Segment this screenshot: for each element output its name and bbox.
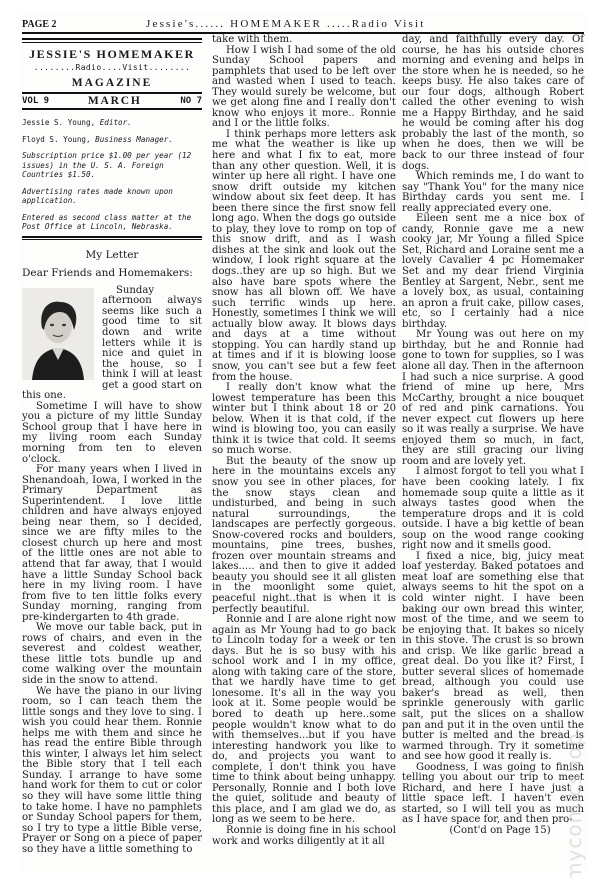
page-header: PAGE 2 Jessie's...... HOMEMAKER .....Rad… xyxy=(22,12,582,30)
volume-label: VOL 9 xyxy=(22,96,49,107)
letter-salutation: Dear Friends and Homemakers: xyxy=(22,268,202,279)
column-2: take with them. How I wish I had some of… xyxy=(212,35,396,847)
issue-number: NO 7 xyxy=(180,96,202,107)
masthead-subtitle: ........Radio....Visit........ xyxy=(22,63,202,74)
letter-paragraph: Mr Young was out here on my birthday, bu… xyxy=(402,330,584,467)
letter-paragraph: We move our table back, put in rows of c… xyxy=(22,623,202,686)
manager-name: Floyd S. Young, xyxy=(22,135,91,144)
letter-paragraph: I think perhaps more letters ask me what… xyxy=(212,130,396,383)
watermark: mycomicshop xyxy=(562,642,584,878)
column-1: JESSIE'S HOMEMAKER ........Radio....Visi… xyxy=(22,38,202,855)
section-title: My Letter xyxy=(22,250,202,261)
letter-paragraph: Sometime I will have to show you a pictu… xyxy=(22,402,202,465)
masthead-magazine: MAGAZINE xyxy=(22,78,202,94)
issue-month: MARCH xyxy=(88,96,142,107)
editor-role: Editor. xyxy=(100,118,132,127)
letter-paragraph: Ronnie is doing fine in his school work … xyxy=(212,826,396,847)
manager-line: Floyd S. Young, Business Manager. xyxy=(22,135,202,145)
staff-bottom-rule xyxy=(22,236,202,240)
letter-paragraph: But the beauty of the snow up here in th… xyxy=(212,457,396,615)
subscription-info: Subscription price $1.00 per year (12 is… xyxy=(22,151,202,180)
issue-info: VOL 9 MARCH NO 7 xyxy=(22,94,202,111)
continuation-note: (Cont'd on Page 15) xyxy=(402,826,584,837)
magazine-page: PAGE 2 Jessie's...... HOMEMAKER .....Rad… xyxy=(18,12,586,872)
editor-line: Jessie S. Young, Editor. xyxy=(22,118,202,128)
letter-paragraph: I fixed a nice, big, juicy meat loaf yes… xyxy=(402,552,584,763)
editor-name: Jessie S. Young, xyxy=(22,118,95,127)
masthead-title: JESSIE'S HOMEMAKER xyxy=(22,49,202,60)
letter-paragraph: Eileen sent me a nice box of candy, Ronn… xyxy=(402,214,584,330)
running-title: Jessie's...... HOMEMAKER .....Radio Visi… xyxy=(146,18,426,30)
letter-paragraph: I really don't know what the lowest temp… xyxy=(212,383,396,457)
masthead-top-rule xyxy=(22,38,202,43)
postal-entry-info: Entered as second class matter at the Po… xyxy=(22,213,202,232)
letter-paragraph: Ronnie and I are alone right now again a… xyxy=(212,615,396,826)
portrait-image xyxy=(22,288,94,380)
letter-paragraph: Which reminds me, I do want to say "Than… xyxy=(402,172,584,214)
letter-lead: Sunday afternoon always seems like such … xyxy=(22,286,202,402)
advertising-info: Advertising rates made known upon applic… xyxy=(22,187,202,206)
letter-paragraph: We have the piano in our living room, so… xyxy=(22,687,202,856)
letter-paragraph: I almost forgot to tell you what I have … xyxy=(402,467,584,551)
staff-box: Jessie S. Young, Editor. Floyd S. Young,… xyxy=(22,118,202,232)
letter-paragraph: day, and faithfully every day. Of course… xyxy=(402,35,584,172)
letter-paragraph: For many years when I lived in Shenandoa… xyxy=(22,465,202,623)
page-number: PAGE 2 xyxy=(22,19,142,30)
manager-role: Business Manager. xyxy=(95,135,173,144)
letter-paragraph: Goodness, I was going to finish telling … xyxy=(402,763,584,826)
letter-paragraph: How I wish I had some of the old Sunday … xyxy=(212,46,396,130)
letter-paragraph: take with them. xyxy=(212,35,396,46)
column-3: day, and faithfully every day. Of course… xyxy=(402,35,584,837)
author-portrait xyxy=(22,288,94,380)
